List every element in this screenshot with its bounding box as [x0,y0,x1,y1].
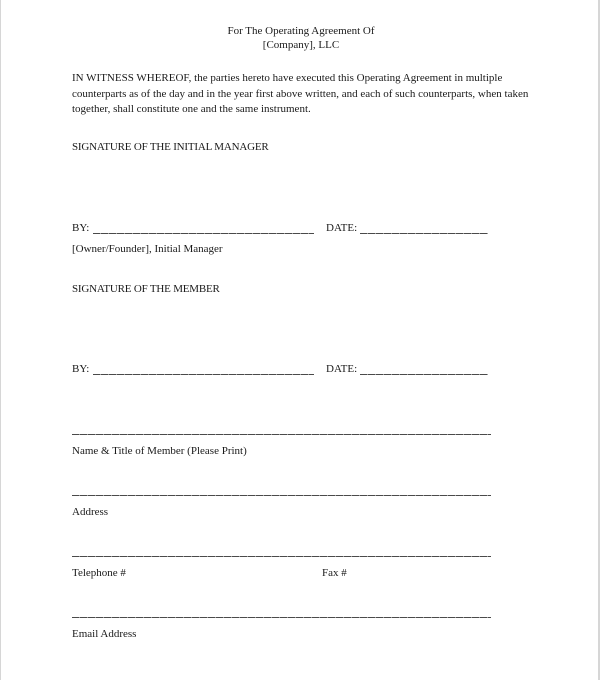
member-telephone-label: Telephone # [72,567,126,579]
member-email-label: Email Address [72,628,136,640]
member-name-title-line[interactable] [72,434,491,435]
manager-signer-caption: [Owner/Founder], Initial Manager [72,243,223,255]
member-date-line[interactable] [360,374,488,375]
member-fax-label: Fax # [322,567,347,579]
member-date-label: DATE: [326,363,357,375]
member-address-label: Address [72,506,108,518]
manager-section-heading: SIGNATURE OF THE INITIAL MANAGER [72,141,268,153]
member-address-line[interactable] [72,495,491,496]
document-title-line-1: For The Operating Agreement Of [1,24,600,38]
member-signature-line[interactable] [93,374,314,375]
member-email-line[interactable] [72,617,491,618]
document-title-line-2: [Company], LLC [1,38,600,52]
witness-paragraph-line: together, shall constitute one and the s… [72,102,492,118]
witness-paragraph: IN WITNESS WHEREOF, the parties hereto h… [72,71,492,118]
member-by-label: BY: [72,363,89,375]
manager-signature-line[interactable] [93,233,314,234]
member-phone-fax-line[interactable] [72,556,491,557]
witness-paragraph-line: IN WITNESS WHEREOF, the parties hereto h… [72,71,492,87]
member-name-title-label: Name & Title of Member (Please Print) [72,445,247,457]
manager-by-label: BY: [72,222,89,234]
document-page: For The Operating Agreement Of [Company]… [0,0,600,680]
manager-date-line[interactable] [360,233,488,234]
manager-date-label: DATE: [326,222,357,234]
member-section-heading: SIGNATURE OF THE MEMBER [72,283,220,295]
witness-paragraph-line: counterparts as of the day and in the ye… [72,87,492,103]
